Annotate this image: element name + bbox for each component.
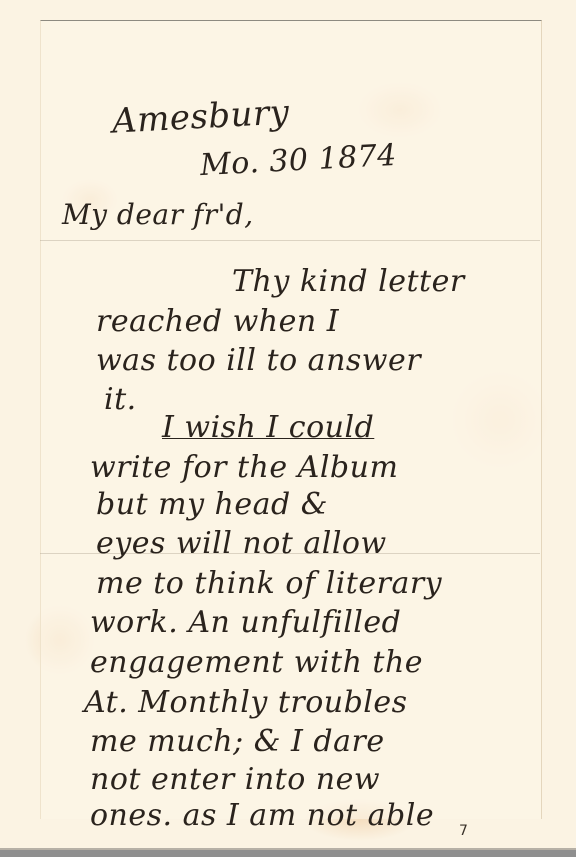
- body-line: engagement with the: [90, 645, 423, 680]
- body-line: was too ill to answer: [96, 343, 421, 378]
- body-line: At. Monthly troubles: [84, 685, 408, 720]
- body-line: Thy kind letter: [232, 264, 465, 299]
- body-line: me to think of literary: [96, 566, 442, 601]
- body-line: it.: [104, 382, 137, 417]
- body-line: eyes will not allow: [96, 526, 387, 561]
- body-line: write for the Album: [90, 450, 398, 485]
- body-line: but my head &: [96, 487, 328, 522]
- body-line: ones. as I am not able: [90, 798, 434, 833]
- body-line: not enter into new: [90, 762, 380, 797]
- body-line: reached when I: [96, 304, 339, 339]
- body-line: I wish I could: [162, 410, 374, 445]
- body-line: work. An unfulfilled: [90, 605, 401, 640]
- body-line: me much; & I dare: [90, 724, 385, 759]
- letter-salutation: My dear fr'd,: [62, 198, 254, 231]
- page-mark: 7: [459, 823, 468, 839]
- fold-line: [40, 240, 540, 241]
